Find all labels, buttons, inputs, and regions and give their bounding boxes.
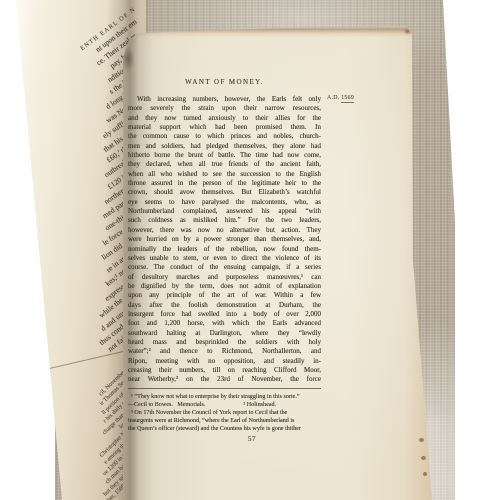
body-line: Ripon, meeting with no opposition, and s… (128, 357, 321, 366)
open-book-photo: ENTH EARL OF Nnt upon their emce. Their … (0, 0, 500, 500)
footnote-rule (128, 388, 321, 389)
body-line: near Wetherby,³ on the 23rd of November,… (128, 375, 321, 384)
body-line: insurgent force had swelled into a body … (128, 310, 321, 319)
body-line: heard mass and besprinkled the soldiers … (128, 338, 321, 347)
right-page: WANT OF MONEY. A.D. 1569 With increasing… (123, 0, 435, 500)
body-line: course. The conduct of the ensuing campa… (128, 263, 321, 272)
body-line: Northumberland complained, answered his … (128, 207, 321, 216)
body-line: more severely the strain upon their narr… (128, 104, 321, 113)
body-line: upon any principle of the art of war. Wi… (128, 291, 321, 300)
footnote-line: ¹ “They know not what to enterprise by t… (128, 393, 321, 401)
body-line: days after the foolish demonstration at … (128, 301, 321, 310)
body-text: With increasing numbers, however, the Ea… (128, 95, 321, 385)
footnote-line: insurgents were at Richmond, “where the … (128, 417, 321, 425)
body-line: foot and 1,200 horse, with which the Ear… (128, 319, 321, 328)
margin-note-era: A.D. (327, 95, 339, 101)
foxing-spot (419, 438, 424, 442)
body-line: water”;² and thence to Richmond, Northal… (128, 347, 321, 356)
foxing-spot (423, 472, 427, 476)
body-line: nominally the leaders of the rebellion, … (128, 245, 321, 254)
body-line: such coldness as misliked him.” For the … (128, 216, 321, 225)
page-number: 57 (128, 435, 321, 443)
body-line: material support which had been promised… (128, 123, 321, 132)
footnote-line: ³ On 17th November the Council of York r… (128, 409, 321, 417)
body-line: however, there was now no alternative bu… (128, 226, 321, 235)
foxing-spot (421, 456, 426, 460)
body-line: selves unable to stem, or even to direct… (128, 254, 321, 263)
body-line: With increasing numbers, however, the Ea… (128, 95, 321, 104)
body-line: eye seems to have paralysed the malconte… (128, 198, 321, 207)
body-line: were hurried on by a power stronger than… (128, 235, 321, 244)
footnote-line: the Queen’s officer (steward) and the Co… (128, 425, 321, 433)
margin-note-year: 1569 (341, 95, 354, 103)
body-line: crown, should avow themselves. But Eliza… (128, 188, 321, 197)
body-line: they declared, when all true friends of … (128, 160, 321, 169)
body-line: be dignified by the term, does not admit… (128, 282, 321, 291)
body-line: men and soldiers, had pledged themselves… (128, 142, 321, 151)
body-line: hitherto borne the brunt of battle. The … (128, 151, 321, 160)
footnotes: ¹ “They know not what to enterprise by t… (128, 393, 321, 433)
body-line: of desultory marches and purposeless man… (128, 273, 321, 282)
body-line: throne assured in the person of the legi… (128, 179, 321, 188)
body-line: the common cause to which princes and no… (128, 132, 321, 141)
body-line: southward halting at Darlington, where t… (128, 329, 321, 338)
body-line: when all who wished to see the successio… (128, 170, 321, 179)
page-content: WANT OF MONEY. A.D. 1569 With increasing… (128, 78, 321, 443)
margin-note: A.D. 1569 (327, 95, 354, 101)
body-line: and they now turned anxiously to their a… (128, 114, 321, 123)
running-head: WANT OF MONEY. (128, 78, 321, 86)
footnote-line: —Cecil to Bowes. Memorials. ² Holinshead… (128, 401, 321, 409)
body-line: creasing their numbers, till on reaching… (128, 366, 321, 375)
